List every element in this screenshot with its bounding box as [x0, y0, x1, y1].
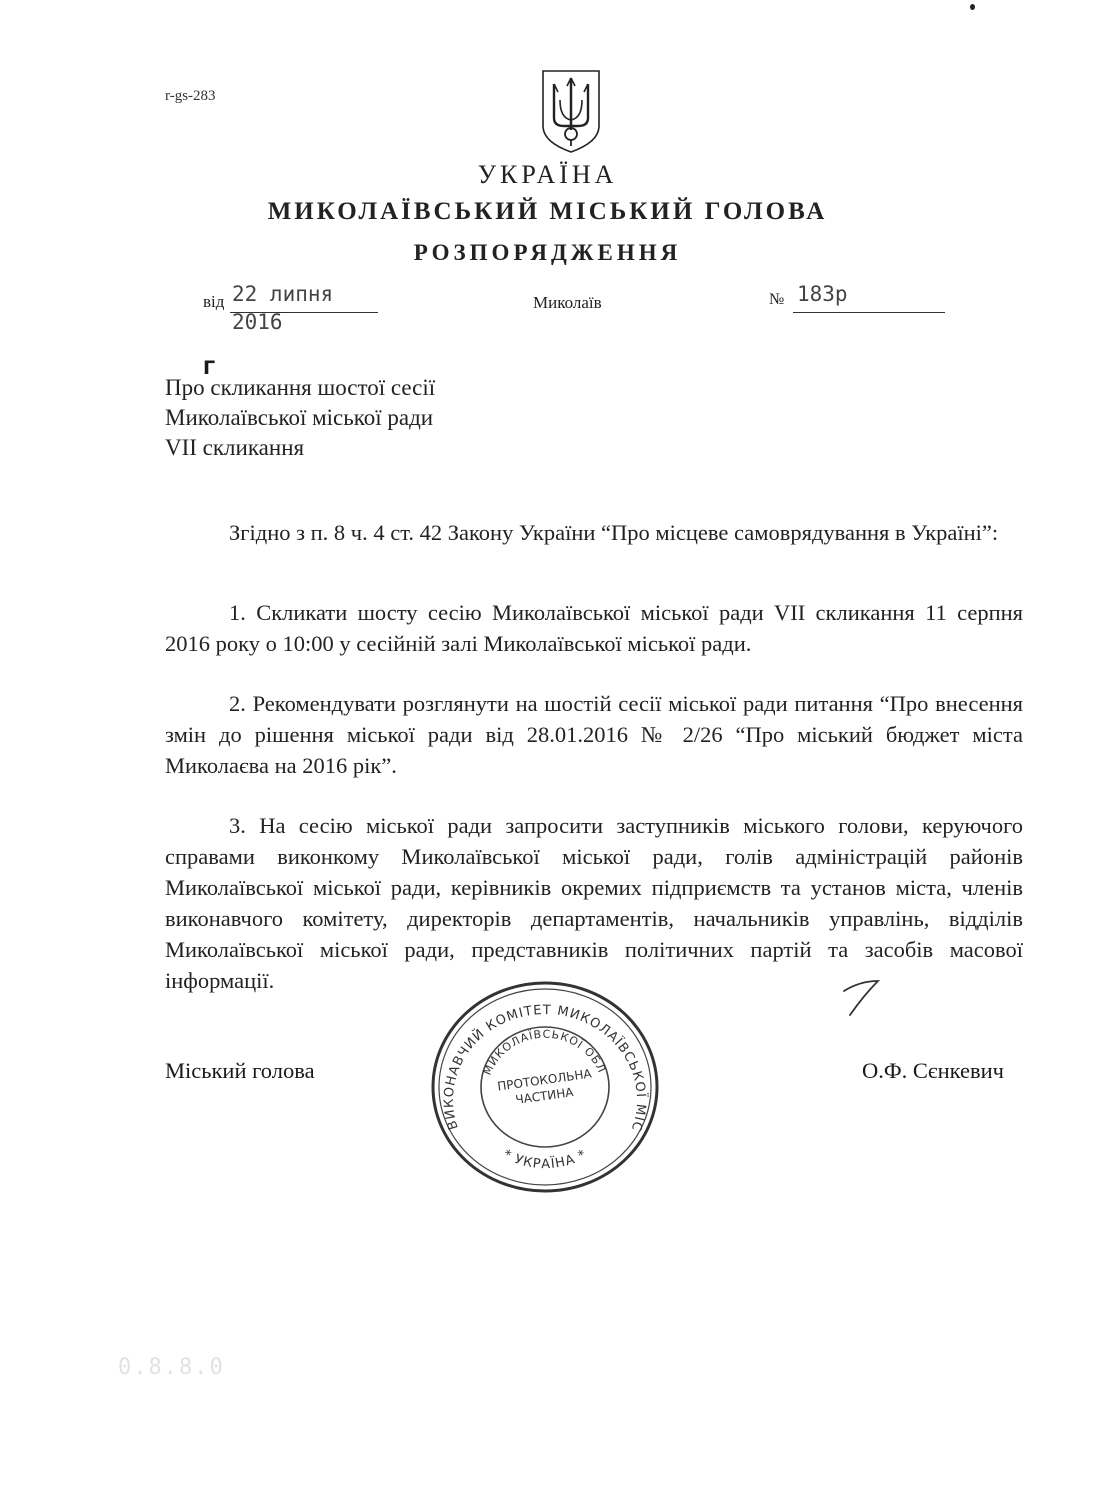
country-heading: УКРАЇНА — [0, 160, 1095, 190]
document-subject: Про скликання шостої сесії Миколаївської… — [165, 373, 435, 463]
official-stamp: ВИКОНАВЧИЙ КОМІТЕТ МИКОЛАЇВСЬКОЇ МІСЬКОЇ… — [428, 978, 662, 1196]
stamp-bottom-text: * УКРАЇНА * — [501, 1147, 590, 1172]
document-number-field: 183р — [793, 280, 945, 313]
stamp-outer-text: ВИКОНАВЧИЙ КОМІТЕТ МИКОЛАЇВСЬКОЇ МІСЬКОЇ… — [428, 978, 649, 1133]
handwritten-signature — [838, 975, 884, 1021]
svg-text:* УКРАЇНА *: * УКРАЇНА * — [501, 1147, 590, 1172]
clause-3-paragraph: 3. На сесію міської ради запросити засту… — [165, 810, 1023, 996]
faint-imprint: 0.8.8.0 — [118, 1355, 225, 1380]
subject-line: VII скликання — [165, 433, 435, 463]
number-label: № — [769, 291, 784, 309]
trident-coat-of-arms-icon — [540, 68, 602, 154]
organization-heading: МИКОЛАЇВСЬКИЙ МІСЬКИЙ ГОЛОВА — [0, 198, 1095, 226]
clause-1-paragraph: 1. Скликати шосту сесію Миколаївської мі… — [165, 597, 1023, 659]
reference-code: r-gs-283 — [165, 88, 216, 105]
legal-basis-paragraph: Згідно з п. 8 ч. 4 ст. 42 Закону України… — [165, 517, 1023, 548]
signatory-name: О.Ф. Сєнкевич — [862, 1058, 1004, 1084]
document-type-heading: РОЗПОРЯДЖЕННЯ — [0, 240, 1095, 266]
date-label: від — [203, 292, 224, 312]
subject-line: Про скликання шостої сесії — [165, 373, 435, 403]
scan-speck — [970, 4, 975, 10]
clause-2-paragraph: 2. Рекомендувати розглянути на шостій се… — [165, 688, 1023, 781]
signatory-title: Міський голова — [165, 1058, 315, 1084]
date-field: 22 липня 2016 — [230, 280, 378, 313]
subject-line: Миколаївської міської ради — [165, 403, 435, 433]
svg-text:ВИКОНАВЧИЙ КОМІТЕТ МИКОЛАЇВСЬК: ВИКОНАВЧИЙ КОМІТЕТ МИКОЛАЇВСЬКОЇ МІСЬКОЇ… — [428, 978, 649, 1133]
city-label: Миколаїв — [533, 293, 602, 313]
